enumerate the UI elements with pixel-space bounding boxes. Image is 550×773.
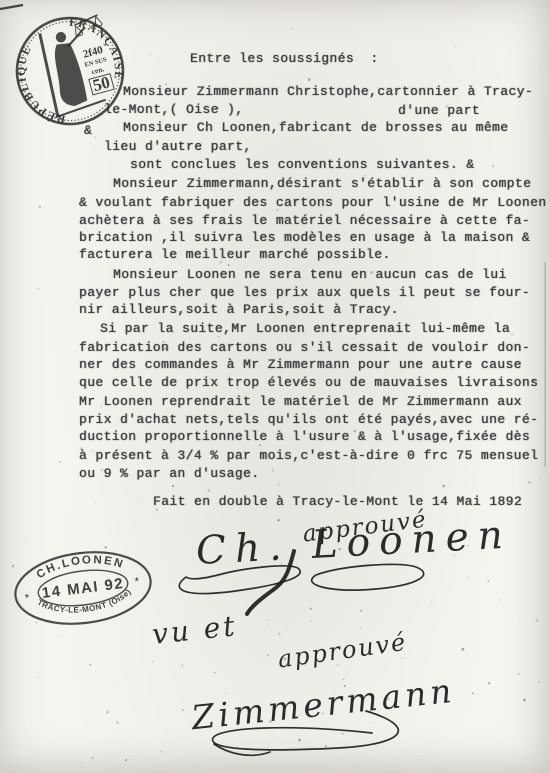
- text-layer: Entre les soussignés :Monsieur Zimmerman…: [0, 0, 550, 773]
- text-line: fabrication des cartons ou s'il cessait …: [79, 340, 530, 356]
- text-line: &: [84, 123, 92, 139]
- text-line: lieu d'autre part,: [104, 139, 252, 155]
- text-line: Monsieur Zimmermann,désirant s'établir à…: [113, 176, 531, 192]
- text-line: payer plus cher que les prix aux quels i…: [79, 285, 530, 301]
- text-line: Fait en double à Tracy-le-Mont le 14 Mai…: [153, 494, 522, 510]
- text-line: Entre les soussignés :: [190, 51, 379, 67]
- text-line: Si par la suite,Mr Loonen entreprenait l…: [100, 321, 510, 337]
- text-line: Monsieur Ch Loonen,fabricant de brosses …: [123, 120, 508, 136]
- text-line: duction proportionnelle à l'usure & à l'…: [79, 429, 530, 445]
- text-line: & voulant fabriquer des cartons pour l'u…: [79, 195, 546, 211]
- text-line: ou 9 % par an d'usage.: [79, 466, 259, 482]
- text-line: nir ailleurs,soit à Paris,soit à Tracy.: [79, 302, 399, 318]
- text-line: à présent à 3/4 % par mois,c'est-à-dire …: [79, 448, 538, 464]
- text-line: ner des commandes à Mr Zimmermann pour u…: [79, 357, 522, 373]
- text-line: que celle de prix trop élevés ou de mauv…: [79, 375, 538, 391]
- text-line: brication ,il suivra les modèles en usag…: [79, 230, 530, 246]
- text-line: Mr Loonen reprendrait le matériel de Mr …: [79, 394, 522, 410]
- text-line: sont conclues les conventions suivantes.…: [130, 157, 474, 173]
- text-line: d'une part: [398, 103, 480, 119]
- document-page: RÉPUBLIQUE FRANÇAISE 2f40 EN SUS cen.: [0, 0, 550, 773]
- text-line: prix d'achat nets,tels qu'ils ont été pa…: [79, 412, 538, 428]
- text-line: Monsieur Loonen ne sera tenu en aucun ca…: [113, 267, 507, 283]
- text-line: le-Mont,( Oise ),: [104, 102, 243, 118]
- text-line: achètera à ses frais le matériel nécessa…: [79, 213, 530, 229]
- text-line: Monsieur Zimmermann Christophe,cartonnie…: [123, 84, 533, 100]
- text-line: facturera le meilleur marché possible.: [79, 247, 391, 263]
